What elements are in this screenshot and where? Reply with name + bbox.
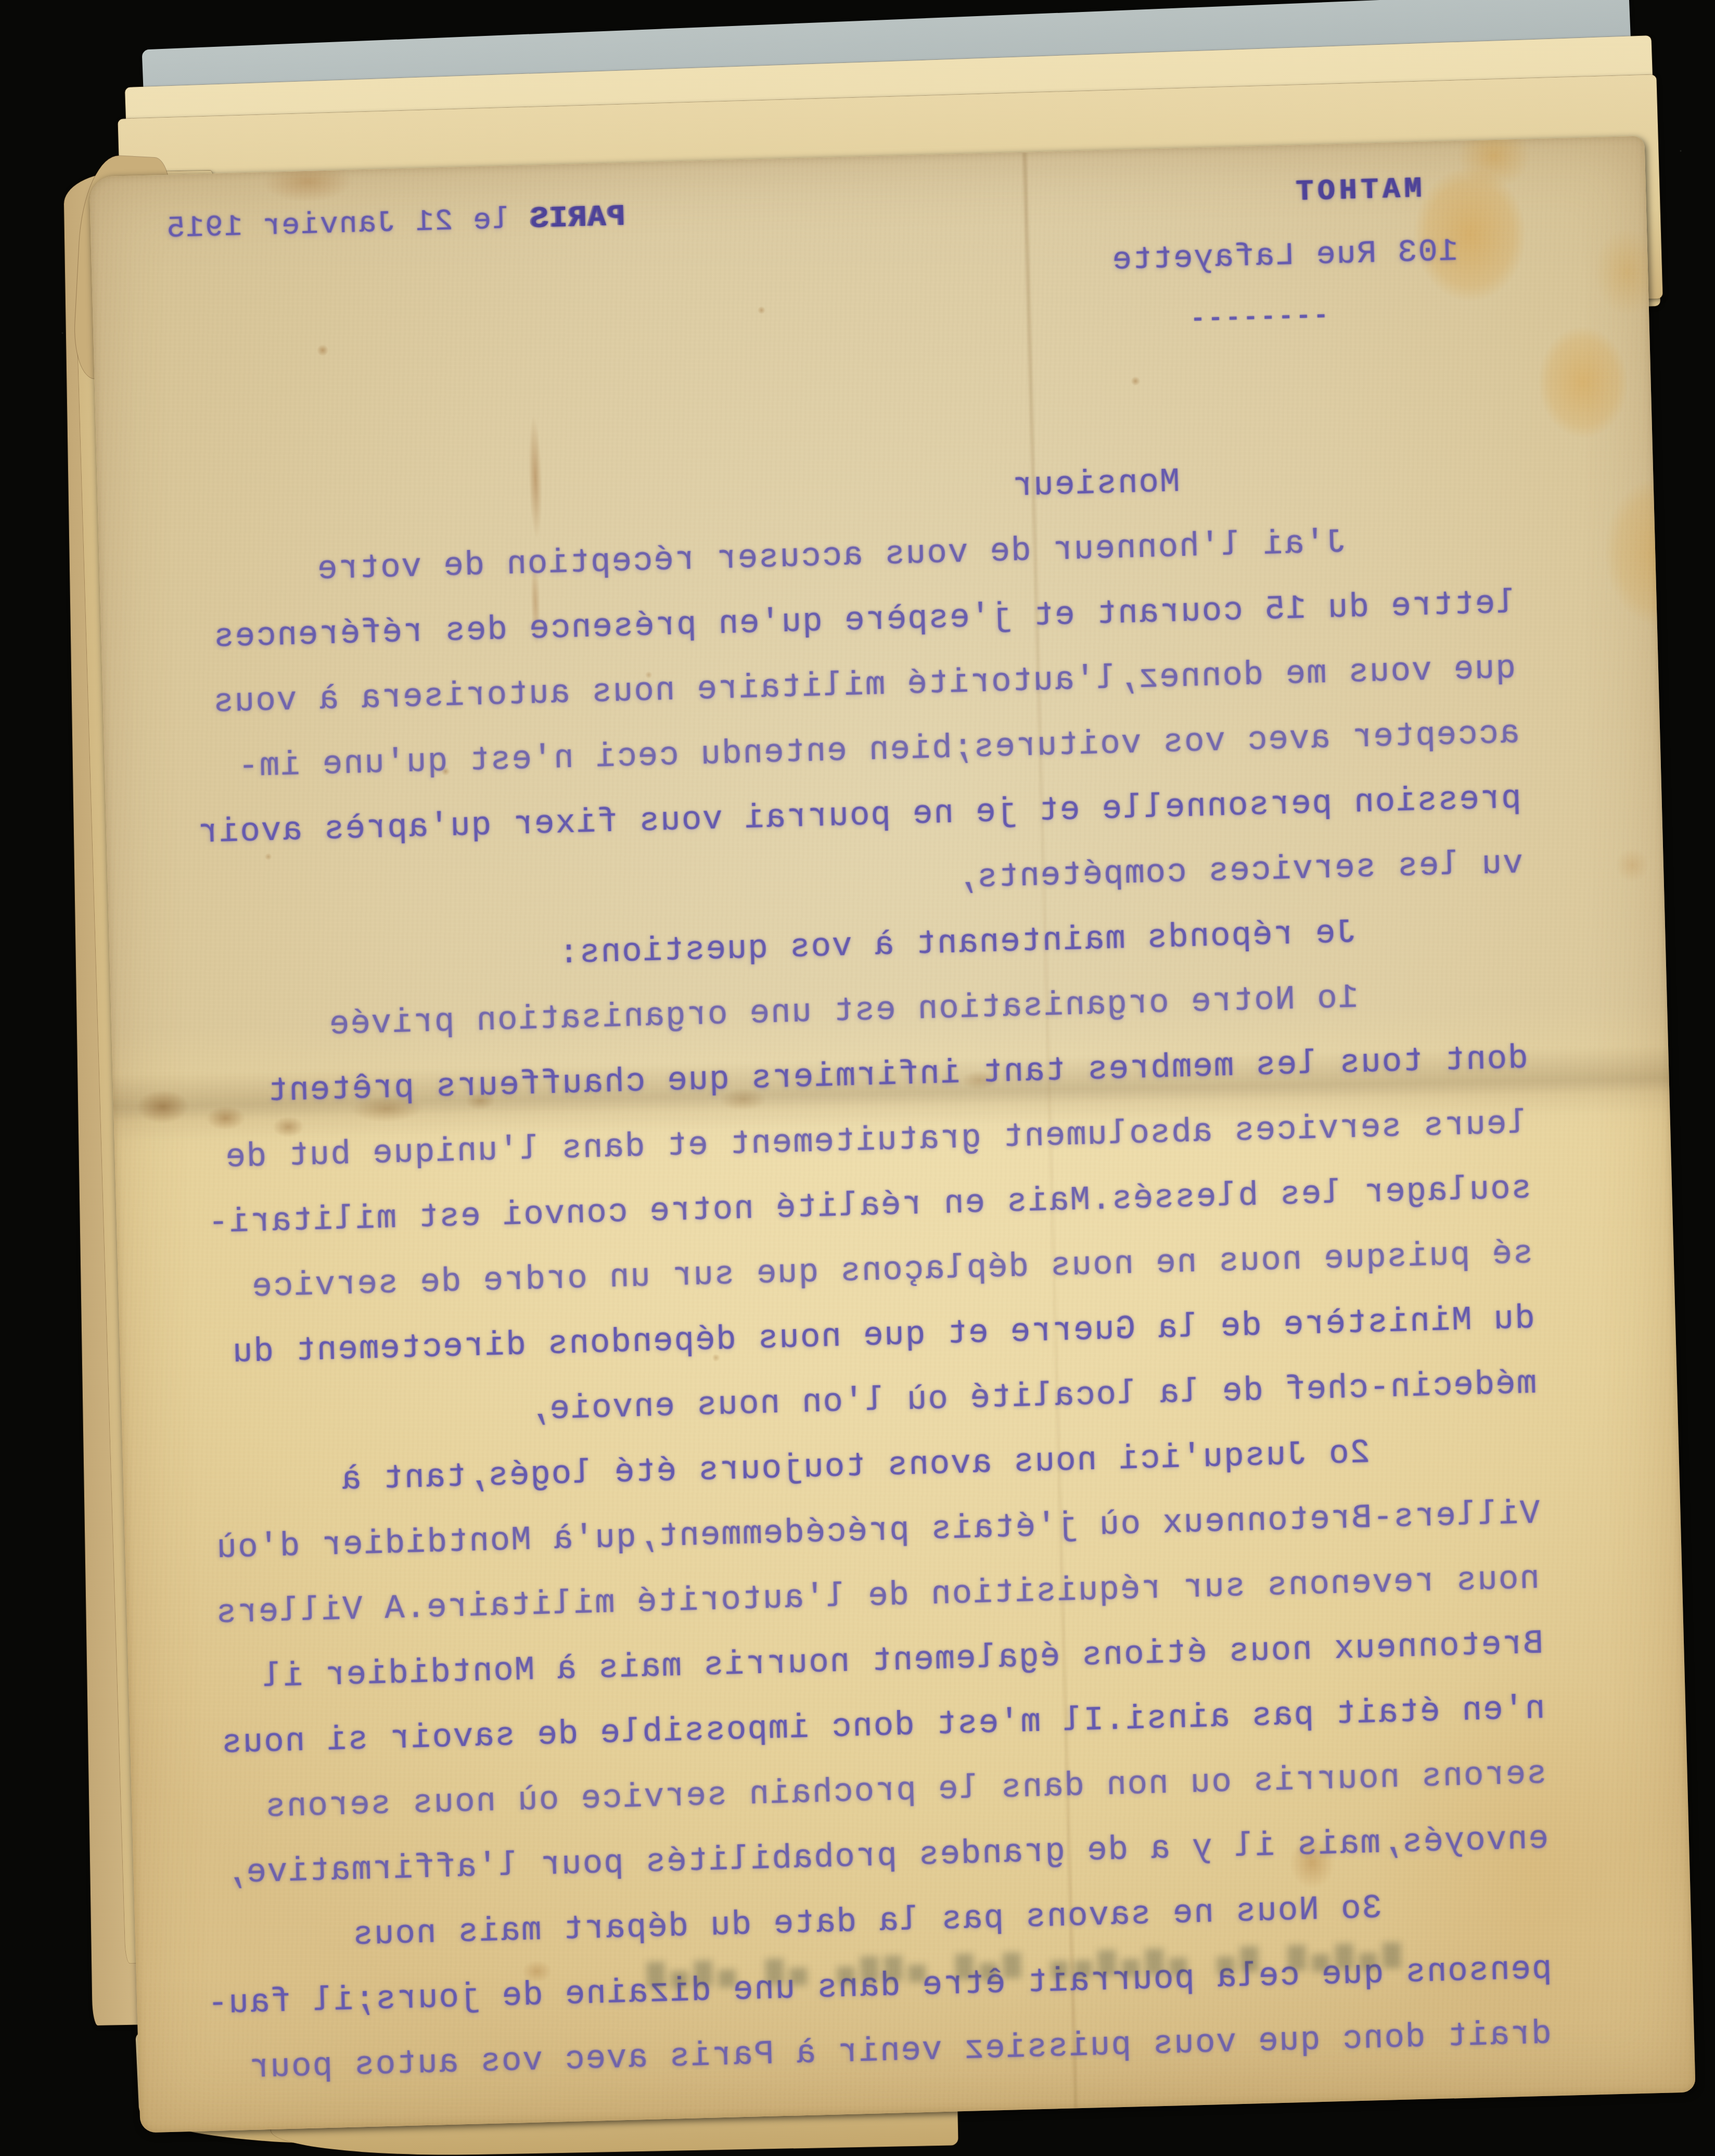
photo-background: MATHOT 103 Rue Lafayette -------- PARIS … [0,0,1715,2156]
letter-body: Monsieur J'ai l'honneur de vous accuser … [167,441,1554,2102]
letter-page: MATHOT 103 Rue Lafayette -------- PARIS … [89,136,1695,2133]
letterhead-separator: -------- [1112,302,1329,336]
letterhead-address: 103 Rue Lafayette [1111,233,1458,278]
dateline-city: PARIS [529,200,626,237]
letterhead-name: MATHOT [1109,172,1423,214]
body-lines: J'ai l'honneur de vous accuser réception… [169,506,1555,2102]
letterhead: MATHOT 103 Rue Lafayette -------- [1109,171,1460,336]
dateline: PARIS le 21 Janvier 1915 [165,200,626,246]
letter-content-mirrored: MATHOT 103 Rue Lafayette -------- PARIS … [89,136,1695,2133]
dateline-date: le 21 Janvier 1915 [165,203,530,246]
